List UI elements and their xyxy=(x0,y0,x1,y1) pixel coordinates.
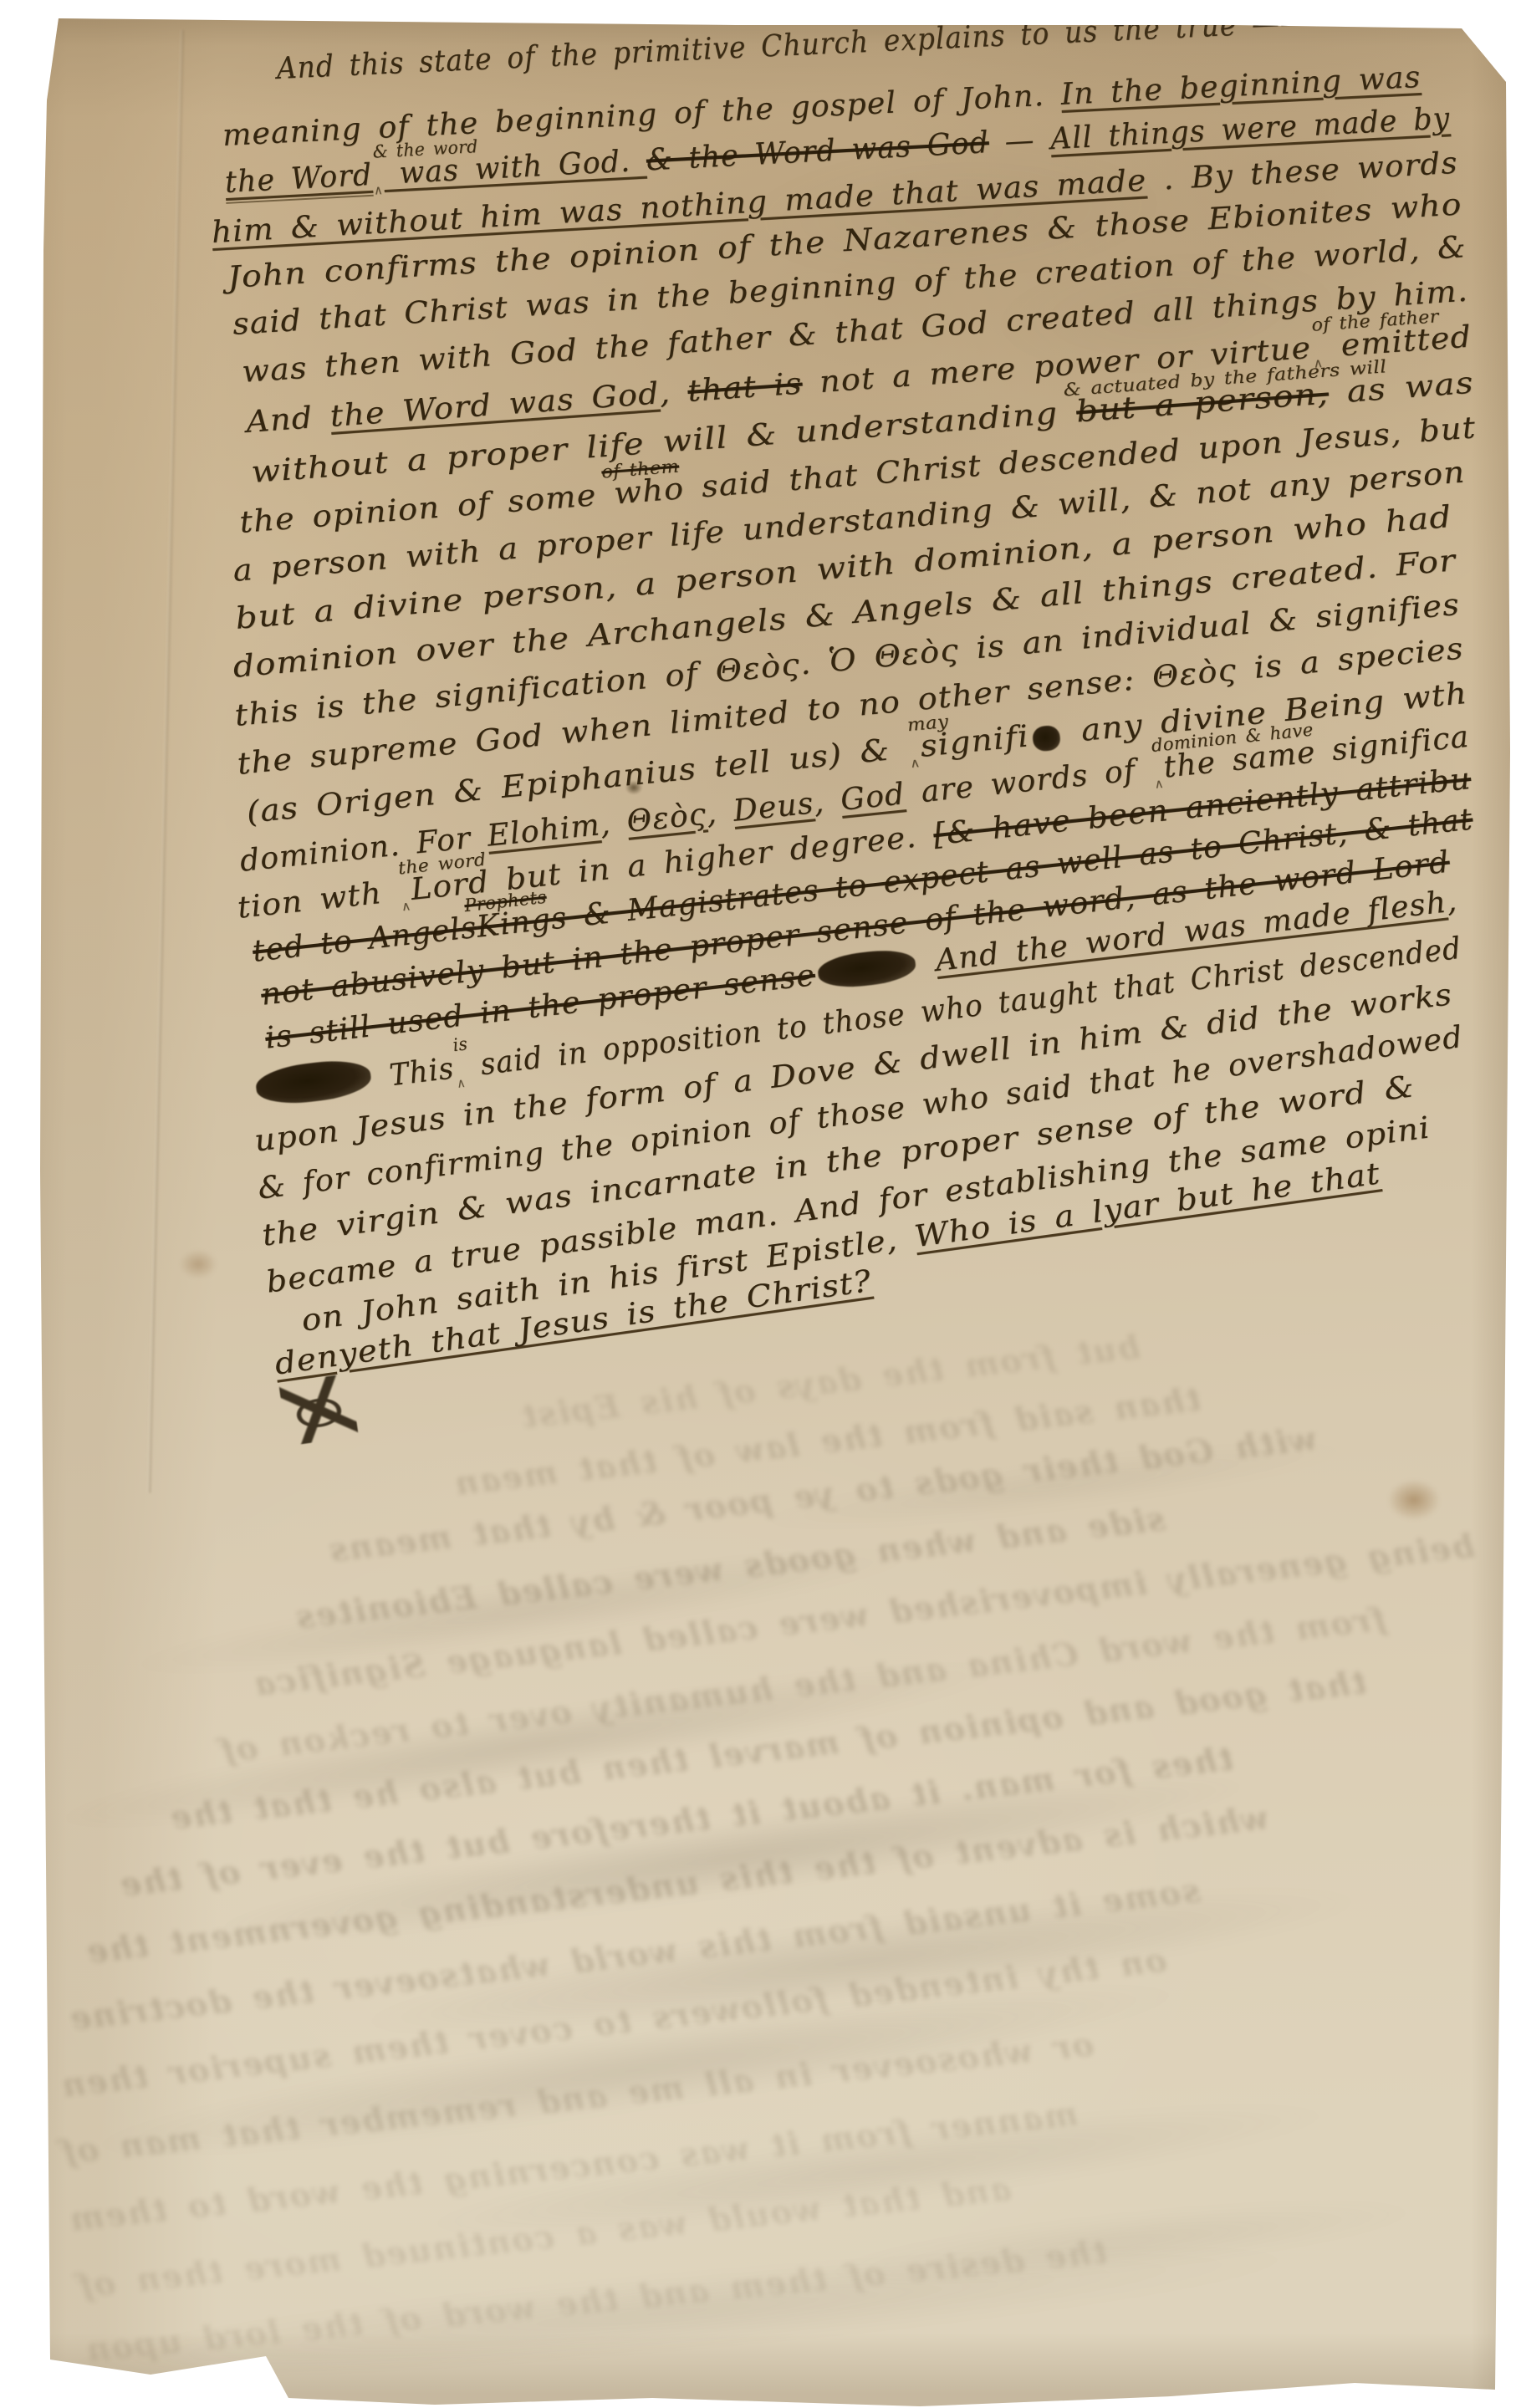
text-run: the true —— xyxy=(1097,5,1309,48)
underlined-text: Elohim xyxy=(486,808,602,853)
ink-blot xyxy=(1032,725,1061,752)
ink-blot xyxy=(254,1056,373,1108)
text-run: This xyxy=(372,1051,456,1094)
underlined-text: Deus xyxy=(732,786,815,829)
caret-mark: ∧ xyxy=(909,755,921,771)
manuscript-text-layer: And this state of the primitive Church e… xyxy=(0,0,1521,2408)
underlined-text: In the beginning was xyxy=(1060,60,1422,112)
manuscript-paper: but from the days of his Epistthan said … xyxy=(0,0,1521,2408)
text-run: And xyxy=(245,400,331,440)
text-run: , xyxy=(658,375,689,411)
text-run: , xyxy=(812,783,842,820)
caret-mark: ∧ xyxy=(401,898,412,914)
text-run: — xyxy=(988,122,1052,160)
text-run: And this state of the primitive Church e… xyxy=(276,14,1099,86)
underlined-text: God xyxy=(839,777,906,818)
caret-mark: ∧ xyxy=(456,1075,467,1091)
caret-mark: ∧ xyxy=(1154,776,1166,792)
text-run: , xyxy=(599,805,629,842)
underlined-text: Θεὸς xyxy=(625,797,708,839)
caret-mark: ∧ xyxy=(374,182,385,198)
text-run: , xyxy=(705,794,735,831)
underlined-text: the Word xyxy=(224,158,373,204)
struck-text: that is xyxy=(686,366,804,408)
